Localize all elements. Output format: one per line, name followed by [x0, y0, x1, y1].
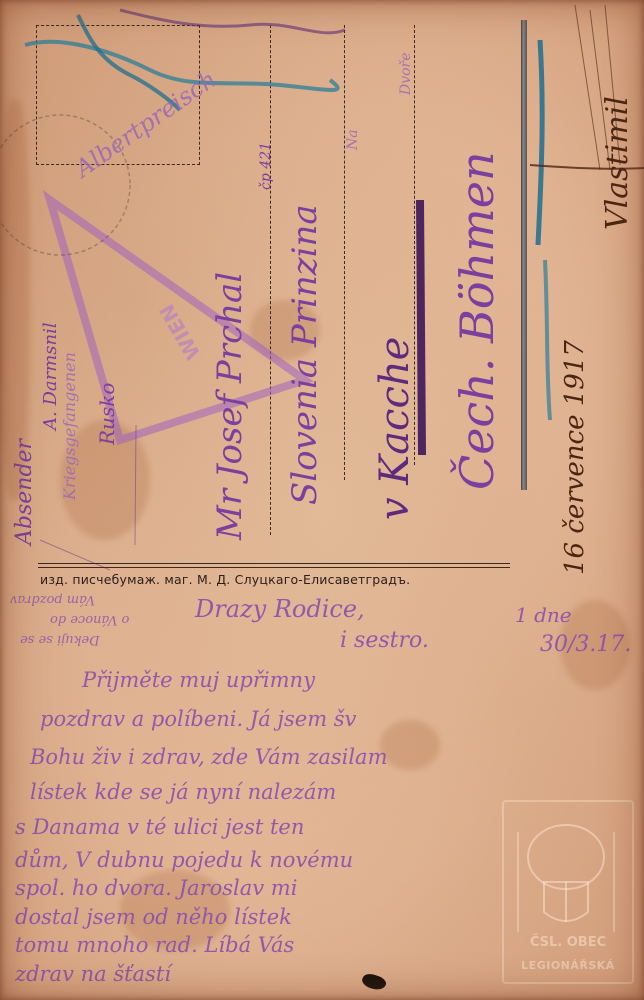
message-line: tomu mnoho rad. Líbá Vás: [15, 933, 294, 957]
upside-note-1: Vám pozdrav: [10, 592, 95, 607]
message-line: dům, V dubnu pojedu k novému: [15, 848, 353, 872]
watermark-line-2: LEGIONÁŘSKÁ: [504, 959, 632, 972]
message-line: dostal jsem od něho lístek: [15, 905, 292, 929]
postcard: WIEN Albertpreisch Mr Josef Prchal Slove…: [0, 0, 644, 1000]
printed-rule: [38, 567, 510, 568]
sender-line-1: A. Darmsnil: [40, 322, 61, 430]
recipient-line-4: Čech. Böhmen: [450, 151, 504, 490]
ink-blot: [360, 971, 387, 992]
shield-icon: [504, 812, 628, 932]
date: 30/3.17.: [540, 632, 631, 657]
received-date-note: 16 července 1917: [560, 340, 590, 575]
message-line: pozdrav a políbeni. Já jsem šv: [40, 707, 356, 731]
sender-label: Absender: [12, 439, 37, 545]
address-small-3: čp 421: [258, 142, 274, 190]
message-line: s Danama v té ulici jest ten: [15, 815, 304, 839]
corner-signature: Vlastimil: [600, 96, 635, 230]
message-line: zdrav na šťastí: [15, 962, 171, 986]
publisher-imprint: изд. писчебумаж. маг. М. Д. Слуцкаго-Ели…: [40, 572, 410, 587]
recipient-line-2: Slovenia Prinzina: [285, 204, 325, 505]
address-small-2: Dvoře: [398, 52, 414, 95]
upside-note-2: o Vánoce do: [50, 612, 129, 627]
sender-line-2: Kriegsgefangenen: [60, 352, 79, 500]
salutation: Drazy Rodice,: [195, 595, 365, 623]
message-line: Bohu živ i zdrav, zde Vám zasilam: [30, 745, 387, 769]
watermark-line-1: ČSL. OBEC: [504, 935, 632, 950]
sender-line-3: Rusko: [95, 383, 119, 445]
recipient-line-3: v Kacche: [372, 337, 418, 520]
salutation-2: i sestro.: [340, 628, 429, 653]
stain: [380, 720, 440, 770]
recipient-line-1: Mr Josef Prchal: [210, 272, 250, 540]
message-line: lístek kde se já nyní nalezám: [30, 780, 336, 804]
message-line: spol. ho dvora. Jaroslav mi: [15, 876, 297, 900]
address-small-1: Na: [345, 129, 361, 150]
date-label: 1 dne: [515, 603, 572, 627]
legion-emboss-watermark: ČSL. OBEC LEGIONÁŘSKÁ: [502, 800, 634, 984]
printed-rule: [38, 563, 510, 564]
upside-note-3: Dekuji se se: [20, 632, 100, 647]
message-line: Přijměte muj upřimny: [82, 668, 315, 692]
